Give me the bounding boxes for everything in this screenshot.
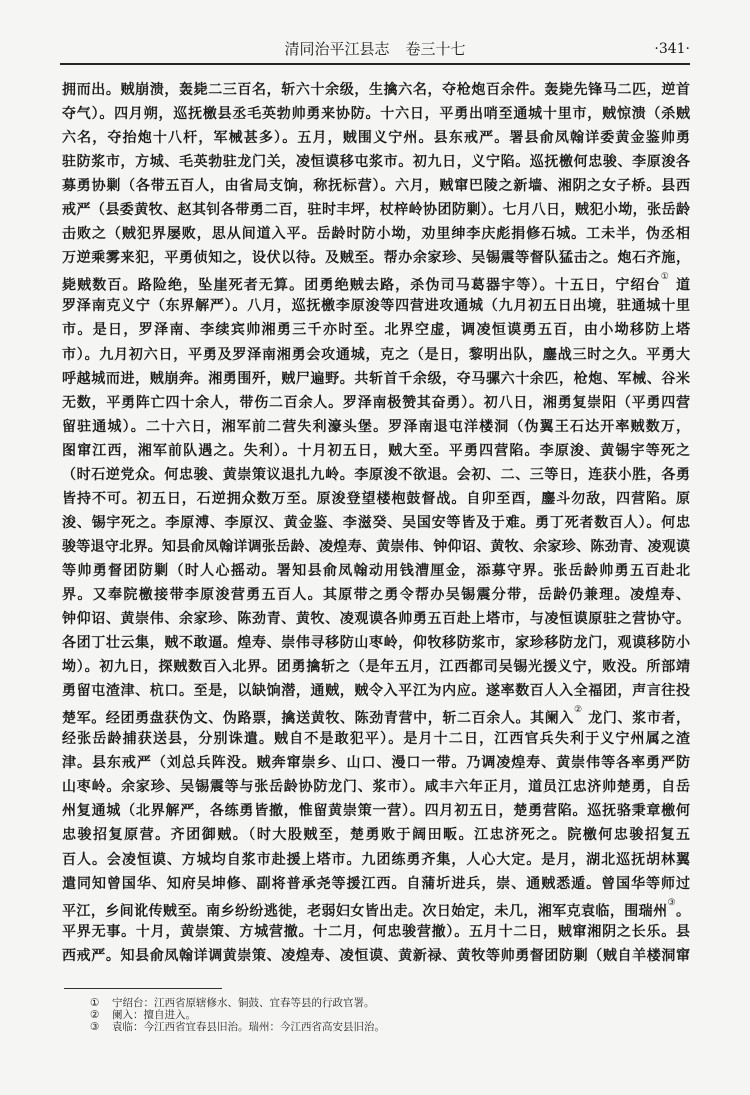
footnote-ref-3: ③ [668,898,677,908]
text-line: （时石逆党众。何忠骏、黄崇策议退扎九岭。李原浚不欲退。会初、二、三等日，连获小胜… [62,463,690,487]
text-line: 呼越城而进，贼崩奔。湘勇围歼，贼尸遍野。共斩首千余级，夺马骡六十余匹，枪炮、军械… [62,367,690,391]
text-line: 骏等退守北界。知县俞凤翰详调张岳龄、凌煌寿、黄崇伟、钟仰诏、黄牧、余家珍、陈劲青… [62,535,690,559]
running-header: 清同治平江县志卷三十七 [0,40,750,58]
text-segment: 。 [676,903,690,919]
text-line: 浚、锡宇死之。李原溥、李原汉、黄金鉴、李滋癸、吴国安等皆及于难。勇丁死者数百人）… [62,511,690,535]
footnote-text: 阑入：擅自进入。 [112,1009,196,1021]
body-text: 拥而出。贼崩溃，轰毙二三百名，斩六十余级，生擒六名，夺枪炮百余件。轰毙先锋马二匹… [62,78,690,968]
footnote-ref-1: ① [661,272,670,282]
text-line: 坳）。初九日，探贼数百入北界。团勇擒斩之（是年五月，江西都司吴锡光援义宁，败没。… [62,655,690,679]
text-line: 勇留屯渣津、杭口。至是，以缺饷潜，通贼，贼令入平江为内应。遂率数百人入全福团，声… [62,679,690,703]
text-line: 击败之（贼犯界屡败，思从间道入平。岳龄时防小坳，劝里绅李庆彪捐修石城。工未半，伪… [62,222,690,246]
text-segment: 龙门、浆市者， [583,711,690,727]
text-line: 罗泽南克义宁（东界解严）。八月，巡抚檄李原浚等四营进攻通城（九月初五日出境，驻通… [62,294,690,318]
text-line: 万逆乘雾来犯，平勇侦知之，设伏以待。及贼至。帮办余家珍、吴锡震等督队猛击之。炮石… [62,246,690,270]
text-line: 戒严（县委黄牧、赵其钊各带勇二百，驻时丰坪，杖梓岭协团防剿）。七月八日，贼犯小坳… [62,198,690,222]
text-segment: 道 [670,278,690,294]
text-line: 州复通城（北界解严，各练勇皆撤，惟留黄崇策一营）。四月初五日，楚勇营陷。巡抚骆秉… [62,799,690,823]
text-line: 皆持不可。初五日，石逆拥众数万至。原浚登望楼枹鼓督战。自卯至酉，鏖斗勿敌，四营陷… [62,487,690,511]
footnote-1: ①宁绍台：江西省原辖修水、铜鼓、宜春等县的行政官署。 [90,997,590,1009]
footnote-marker: ② [90,1009,112,1021]
text-line-with-note: 楚军。经团勇盘获伪文、伪路票，擒送黄牧、陈劲青营中，斩二百余人。其阑入② 龙门、… [62,703,690,727]
text-line: 市）。九月初六日，平勇及罗泽南湘勇会攻通城，克之（是日，黎明出队，鏖战三时之久。… [62,343,690,367]
footnote-3: ③袁临：今江西省宜春县旧治。瑞州：今江西省高安县旧治。 [90,1021,590,1033]
text-line: 百人。会凌恒谟、方城均自浆市赴援上塔市。九团练勇齐集，人心大定。是月，湖北巡抚胡… [62,848,690,872]
text-line: 拥而出。贼崩溃，轰毙二三百名，斩六十余级，生擒六名，夺枪炮百余件。轰毙先锋马二匹… [62,78,690,102]
text-segment: 楚军。经团勇盘获伪文、伪路票，擒送黄牧、陈劲青营中，斩二百余人。其阑入 [62,711,574,727]
text-line-with-note: 平江，乡间讹传贼至。南乡纷纷逃徙，老弱妇女皆出走。次日始定，未几，湘军克袁临，围… [62,896,690,920]
text-segment: 毙贼数百。路险绝，坠崖死者无算。团勇绝贼去路，杀伪司马葛器宇等）。十五日，宁绍台 [62,278,661,294]
text-line: 留驻通城）。二十六日，湘军前二营失利濠头堡。罗泽南退屯洋楼洞（伪翼王石达开率贼数… [62,415,690,439]
text-segment: 平江，乡间讹传贼至。南乡纷纷逃徙，老弱妇女皆出走。次日始定，未几，湘军克袁临，围… [62,903,668,919]
text-line-with-note: 毙贼数百。路险绝，坠崖死者无算。团勇绝贼去路，杀伪司马葛器宇等）。十五日，宁绍台… [62,270,690,294]
text-line: 钟仰诏、黄崇伟、余家珍、陈劲青、黄牧、凌观谟各帅勇五百赴上塔市，与凌恒谟原驻之营… [62,607,690,631]
header-rule [60,63,690,65]
text-line: 六名，夺抬炮十八杆，军械甚多）。五月，贼围义宁州。县东戒严。署县俞凤翰详委黄金鉴… [62,126,690,150]
text-line: 西戒严。知县俞凤翰详调黄崇策、凌煌寿、凌恒谟、黄新禄、黄牧等帅勇督团防剿（贼自羊… [62,944,690,968]
text-line: 平界无事。十月，黄崇策、方城营撤。十二月，何忠骏营撤）。五月十二日，贼窜湘阴之长… [62,920,690,944]
text-line: 图窜江西，湘军前队遇之。失利）。十月初五日，贼大至。平勇四营陷。李原浚、黄锡宇等… [62,439,690,463]
text-line: 山枣岭。余家珍、吴锡震等与张岳龄协防龙门、浆市）。咸丰六年正月，道员江忠济帅楚勇… [62,775,690,799]
text-line: 各团丁壮云集，贼不敢逼。煌寿、崇伟寻移防山枣岭，仰牧移防浆市，家珍移防龙门，观谟… [62,631,690,655]
text-line: 遣同知曾国华、知府吴坤修、副将普承尧等援江西。自蒲圻进兵，崇、通贼悉遁。曾国华等… [62,872,690,896]
book-title: 清同治平江县志 [284,40,389,58]
text-line: 市。是日，罗泽南、李续宾帅湘勇三千亦时至。北界空虚，调凌恒谟勇五百，由小坳移防上… [62,318,690,342]
text-line: 无数，平勇阵亡四十余人，带伤二百余人。罗泽南极赞其奋勇）。初八日，湘勇复崇阳（平… [62,391,690,415]
text-line: 经张岳龄捕获送县，分别诛遣。贼自不是敢犯平）。是月十二日，江西官兵失利于义宁州属… [62,727,690,751]
footnote-marker: ① [90,997,112,1009]
volume-label: 卷三十七 [406,40,466,58]
footnote-text: 宁绍台：江西省原辖修水、铜鼓、宜春等县的行政官署。 [112,997,375,1009]
footnote-ref-2: ② [574,705,583,715]
text-line: 募勇协剿（各带五百人，由省局支饷，称抚标营）。六月，贼窜巴陵之新墙、湘阴之女子桥… [62,174,690,198]
text-line: 界。又奉院檄接带李原浚营勇五百人。其原带之勇令帮办吴锡震分带，岳龄仍兼理。凌煌寿… [62,583,690,607]
footnote-marker: ③ [90,1021,112,1033]
text-line: 夺气）。四月朔，巡抚檄县丞毛英勃帅勇来协防。十六日，平勇出哨至通城十里市，贼惊溃… [62,102,690,126]
page-number: ·341· [654,40,690,58]
footnote-2: ②阑入：擅自进入。 [90,1009,590,1021]
footnote-text: 袁临：今江西省宜春县旧治。瑞州：今江西省高安县旧治。 [112,1021,385,1033]
text-line: 忠骏招复原营。齐团御贼。（时大股贼至，楚勇败于阔田畈。江忠济死之。院檄何忠骏招复… [62,823,690,847]
text-line: 津。县东戒严（刘总兵阵没。贼奔窜崇乡、山口、漫口一带。乃调凌煌寿、黄崇伟等各率勇… [62,751,690,775]
footnotes: ①宁绍台：江西省原辖修水、铜鼓、宜春等县的行政官署。 ②阑入：擅自进入。 ③袁临… [90,997,590,1033]
text-line: 驻防浆市，方城、毛英勃驻龙门关，凌恒谟移屯浆市。初九日，义宁陷。巡抚檄何忠骏、李… [62,150,690,174]
footnote-rule [64,988,222,989]
scanned-book-page: 清同治平江县志卷三十七 ·341· 拥而出。贼崩溃，轰毙二三百名，斩六十余级，生… [0,0,750,1095]
text-line: 等帅勇督团防剿（时人心摇动。署知县俞凤翰动用钱漕厘金，添募守界。张岳龄帅勇五百赴… [62,559,690,583]
